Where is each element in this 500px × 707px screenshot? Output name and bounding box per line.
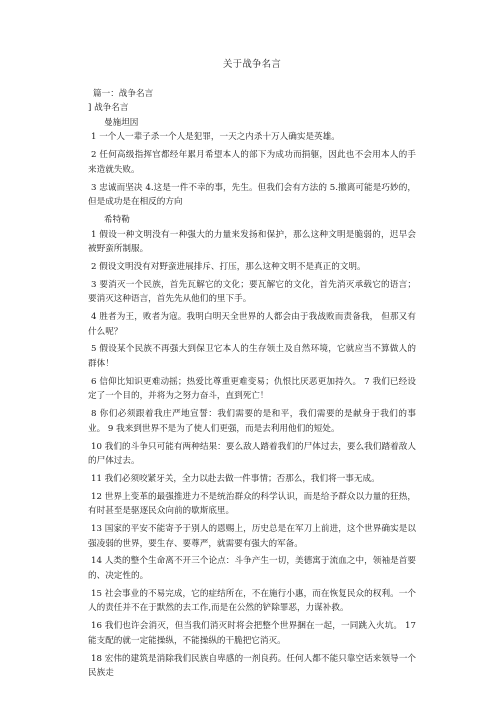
quote-item: 1 一个人一辈子杀一个人是犯罪，一天之内杀十万人确实是英雄。: [88, 130, 416, 145]
quote-group-manstein: 曼施坦因 1 一个人一辈子杀一个人是犯罪，一天之内杀十万人确实是英雄。 2 任何…: [88, 116, 416, 210]
quote-item: 2 任何高级指挥官都经年累月希望本人的部下为成功而捐躯，因此也不会用本人的手来造…: [88, 148, 416, 177]
quote-item: 5 假设某个民族不再强大到保卫它本人的生存领土及自然环境，它就应当不算做人的群体…: [88, 342, 416, 371]
author-name: 希特勒: [88, 213, 416, 228]
quote-item: 18 宏伟的建筑是消除我们民族自卑感的一剂良药。任何人都不能只靠空话来领导一个民…: [88, 652, 416, 681]
sub-heading: ] 战争名言: [88, 101, 416, 116]
quote-group-hitler: 希特勒 1 假设一种文明没有一种强大的力量来发扬和保护，那么这种文明是脆弱的，迟…: [88, 213, 416, 681]
author-name: 曼施坦因: [88, 116, 416, 131]
quote-item: 10 我们的斗争只可能有两种结果：要么敌人踏着我们的尸体过去，要么我们踏着敌人的…: [88, 440, 416, 469]
quote-item: 3 忠诚而坚决 4.这是一件不幸的事，先生。但我们会有方法的 5.撤离可能是巧妙…: [88, 181, 416, 210]
quote-item: 2 假设文明没有对野蛮进展排斥、打压，那么这种文明不是真正的文明。: [88, 260, 416, 275]
quote-item: 4 胜者为王，败者为寇。我明白明天全世界的人都会由于我战败而责备我， 但那又有什…: [88, 310, 416, 339]
quote-item: 6 信仰比知识更难动摇；热爱比尊重更难变易；仇恨比厌恶更加持久。 7 我们已经设…: [88, 375, 416, 404]
quote-item: 13 国家的平安不能寄予于别人的恩赐上，历史总是在军刀上前进，这个世界确实是以强…: [88, 522, 416, 551]
quote-item: 1 假设一种文明没有一种强大的力量来发扬和保护，那么这种文明是脆弱的，迟早会被野…: [88, 228, 416, 257]
quote-item: 14 人类的整个生命离不开三个论点：斗争产生一切，美德寓于流血之中，领袖是首要的…: [88, 554, 416, 583]
document-page: 关于战争名言 篇一：战争名言 ] 战争名言 曼施坦因 1 一个人一辈子杀一个人是…: [88, 58, 416, 684]
section-heading: 篇一：战争名言: [88, 87, 416, 102]
quote-item: 11 我们必须咬紧牙关，全力以赴去做一件事情；否那么，我们将一事无成。: [88, 472, 416, 487]
quote-item: 3 要消灭一个民族，首先瓦解它的文化；要瓦解它的文化，首先消灭承载它的语言；要消…: [88, 278, 416, 307]
document-title: 关于战争名言: [88, 58, 416, 73]
quote-item: 15 社会事业的不易完成，它的症结所在，不在施行小惠，而在恢复民众的权利。一个人…: [88, 587, 416, 616]
quote-item: 8 你们必须跟着我庄严地宣誓：我们需要的是和平，我们需要的是献身于我们的事业。 …: [88, 407, 416, 436]
quote-item: 16 我们也许会消灭，但当我们消灭时将会把整个世界捆在一起，一同跳入火坑。 17…: [88, 619, 416, 648]
quote-item: 12 世界上变革的最强推进力不是统治群众的科学认识，而是给予群众以力量的狂热，有…: [88, 490, 416, 519]
